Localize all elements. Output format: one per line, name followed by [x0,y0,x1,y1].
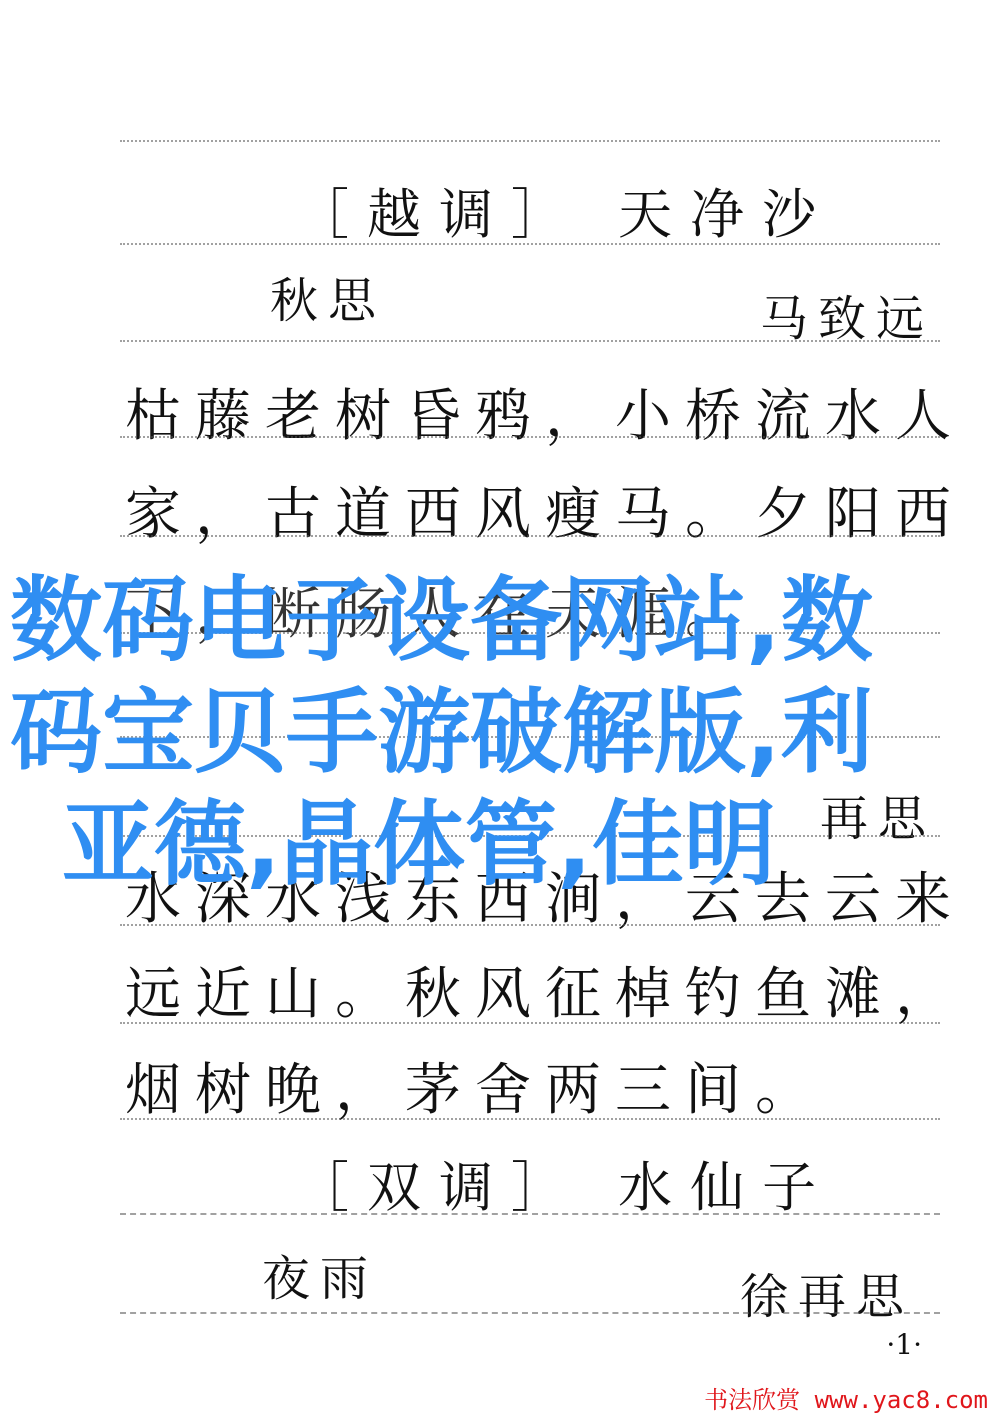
poem-author-mazhiyuan: 马致远 [760,280,934,349]
overlay-line: 数码电子设备网站,数 [0,565,1000,677]
dotted-rule [120,436,940,438]
dotted-rule [120,340,940,342]
overlay-line: 亚德,晶体管,佳明 [0,789,1000,901]
dotted-rule [120,243,940,245]
dotted-rule [120,1213,940,1215]
poem-title-qiusi: 秋思 [270,262,386,331]
poem-line: 枯藤老树昏鸦，小桥流水人 [125,372,965,452]
dotted-rule [120,1118,940,1120]
dotted-rule [120,140,940,142]
dotted-rule [120,1312,940,1314]
section-title-shuangdiao: ［双调］ 水仙子 [295,1145,834,1222]
poem-author-xuzaisi: 徐再思 [740,1258,914,1327]
scanned-page: ［越调］ 天净沙 秋思 马致远 枯藤老树昏鸦，小桥流水人 家，古道西风瘦马。夕阳… [0,0,1000,1421]
section-title-yuediao: ［越调］ 天净沙 [295,172,834,249]
page-number: ·1· [886,1328,922,1361]
dotted-rule [120,535,940,537]
overlay-keyword-text: 数码电子设备网站,数 码宝贝手游破解版,利 亚德,晶体管,佳明 [0,565,1000,901]
poem-line: 家，古道西风瘦马。夕阳西 [125,470,965,550]
poem-title-yeyu: 夜雨 [262,1240,378,1309]
watermark: 书法欣赏 www.yac8.com [704,1380,988,1415]
poem-line: 烟树晚，茅舍两三间。 [125,1046,825,1126]
poem-line: 远近山。秋风征棹钓鱼滩， [125,950,965,1030]
overlay-line: 码宝贝手游破解版,利 [0,677,1000,789]
dotted-rule [120,1022,940,1024]
dotted-rule [120,924,940,926]
